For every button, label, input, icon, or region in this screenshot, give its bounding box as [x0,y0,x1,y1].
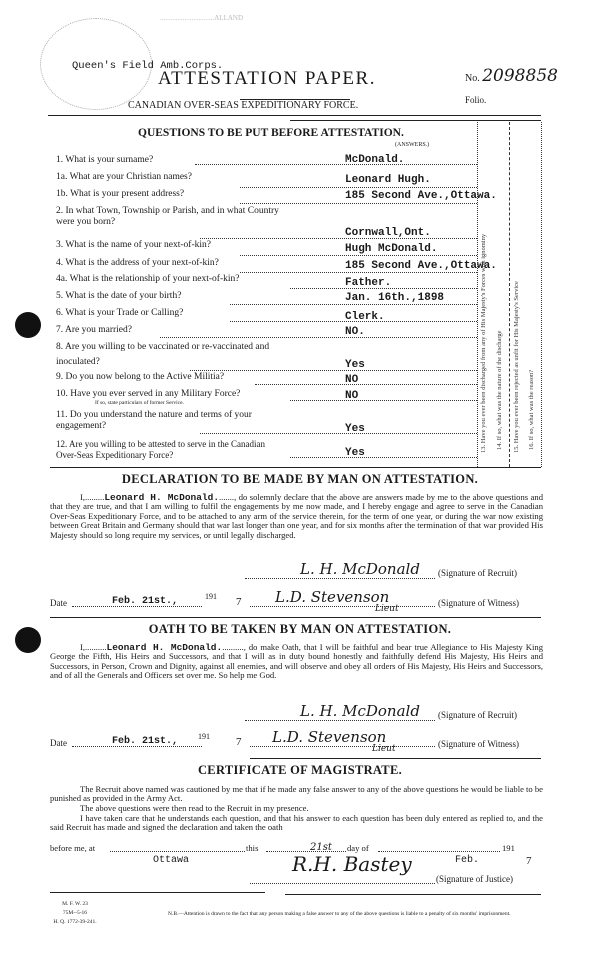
question-2: 2. In what Town, Township or Parish, and… [56,206,288,228]
question-3: 3. What is the name of your next-of-kin? [56,240,288,251]
justice-sig-line [250,883,435,884]
question-10: 10. Have you ever served in any Military… [56,389,288,400]
questions-top-rule [290,120,541,121]
number-label: No. [465,73,480,84]
oath-witness-sig-label: (Signature of Witness) [438,739,519,749]
certificate-title: CERTIFICATE OF MAGISTRATE. [0,763,600,778]
side-question-14: 14. If so, what was the nature of the di… [496,300,503,450]
oath-recruit-signature: L. H. McDonald [300,702,420,720]
side-question-13: 13. Have you ever been discharged from a… [480,128,487,453]
form-code-3: H. Q. 1772-39-241. [45,918,105,927]
certificate-bottom-rule-right [285,894,541,895]
answer-line-8 [190,370,477,371]
oath-date-value: Feb. 21st., [112,736,178,747]
answer-line-6 [230,321,477,322]
footer-note: N.B.—Attention is drawn to the fact that… [140,910,545,918]
declaration-body: I,.........Leonard H. McDonald........, … [50,493,543,540]
answer-line-5 [230,304,477,305]
question-4: 4. What is the address of your next-of-k… [56,258,288,269]
before-me-label: before me, at [50,843,95,853]
declaration-year-suffix: 7 [236,596,242,608]
declaration-witness-signature: L.D. Stevenson [275,588,389,606]
question-1b: 1b. What is your present address? [56,189,288,200]
declaration-year-prefix: 191 [205,592,217,601]
regimental-number: No. 2098858 [465,66,558,86]
question-11: 11. Do you understand the nature and ter… [56,410,288,432]
declaration-recruit-sig-label: (Signature of Recruit) [438,568,517,578]
declaration-title: DECLARATION TO BE MADE BY MAN ON ATTESTA… [0,472,600,487]
question-10-note: If so, state particulars of former Servi… [95,400,184,406]
side-column-divider-3 [541,122,542,467]
justice-signature: R.H. Bastey [292,852,412,876]
justice-sig-label: (Signature of Justice) [436,874,513,884]
certificate-p1: The Recruit above named was cautioned by… [50,785,543,804]
side-question-16: 16. If so, what was the reason? [528,300,535,450]
questions-bottom-rule [50,467,541,468]
answer-line-1a [240,187,477,188]
faint-stamp-text: ...............................ALLAND [160,14,243,22]
answer-3: Hugh McDonald. [345,243,437,255]
oath-year-prefix: 191 [198,732,210,741]
certificate-p2: The above questions were then read to th… [50,804,543,813]
punch-hole-top [15,312,41,338]
answer-line-4 [240,272,477,273]
questions-title: QUESTIONS TO BE PUT BEFORE ATTESTATION. [138,127,404,139]
answer-line-9 [255,384,477,385]
answer-1a: Leonard Hugh. [345,174,431,186]
declaration-recruit-signature: L. H. McDonald [300,560,420,578]
oath-title: OATH TO BE TAKEN BY MAN ON ATTESTATION. [0,622,600,637]
certificate-p3: I have taken care that he understands ea… [50,814,543,833]
oath-body: I,..........Leonard H. McDonald.........… [50,643,543,681]
answer-line-11 [200,433,477,434]
document-title: ATTESTATION PAPER. [158,68,376,90]
answers-label: (ANSWERS.) [395,142,429,148]
question-4a: 4a. What is the relationship of your nex… [56,274,288,285]
oath-witness-rank: Lieut [372,744,396,754]
certificate-place: Ottawa [153,855,189,866]
question-8: 8. Are you willing to be vaccinated or r… [56,340,288,370]
answer-4: 185 Second Ave.,Ottawa. [345,260,497,272]
oath-recruit-sig-label: (Signature of Recruit) [438,710,517,720]
place-line [110,851,245,852]
number-value: 2098858 [482,66,558,86]
declaration-date-value: Feb. 21st., [112,596,178,607]
declaration-date-label: Date [50,598,67,608]
form-code-1: M. F. W. 23 [45,900,105,909]
declaration-bottom-rule [50,617,541,618]
witness-sig-line-2 [250,746,435,747]
question-6: 6. What is your Trade or Calling? [56,308,288,319]
answer-line-2 [200,238,477,239]
witness-sig-line-1 [250,606,435,607]
folio-label: Folio. [465,95,486,105]
answer-line-4a [290,288,477,289]
oath-witness-signature: L.D. Stevenson [272,728,386,746]
oath-date-label: Date [50,738,67,748]
answer-line-1 [195,164,477,165]
side-column-divider-2 [509,122,510,467]
certificate-year-prefix: 191 [502,843,515,853]
certificate-year-suffix: 7 [526,855,532,867]
declaration-witness-sig-label: (Signature of Witness) [438,598,519,608]
declaration-witness-rank: Lieut [375,604,399,614]
answer-line-7 [160,337,477,338]
recruit-sig-line-2 [245,720,435,721]
answer-line-10 [290,400,477,401]
form-code-2: 75M--5-16 [45,909,105,918]
header-rule [48,115,541,116]
question-5: 5. What is the date of your birth? [56,291,288,302]
question-9: 9. Do you now belong to the Active Milit… [56,372,288,383]
certificate-month: Feb. [455,855,479,866]
question-12: 12. Are you willing to be attested to se… [56,439,288,461]
recruit-sig-line-1 [245,578,435,579]
side-column-divider-1 [477,122,478,467]
answer-line-3 [240,255,477,256]
form-codes: M. F. W. 23 75M--5-16 H. Q. 1772-39-241. [45,900,105,927]
oath-year-suffix: 7 [236,736,242,748]
question-7: 7. Are you married? [56,325,288,336]
answer-5: Jan. 16th.,1898 [345,292,444,304]
answer-line-12 [290,457,477,458]
oath-bottom-rule [250,758,541,759]
answer-line-1b [240,203,477,204]
document-subtitle: CANADIAN OVER-SEAS EXPEDITIONARY FORCE. [128,100,358,111]
this-label: this [246,843,258,853]
question-1a: 1a. What are your Christian names? [56,172,288,183]
side-question-15: 15. Have you ever been rejected as unfit… [513,128,520,453]
certificate-bottom-rule-left [50,892,265,893]
answer-1b: 185 Second Ave.,Ottawa. [345,190,497,202]
